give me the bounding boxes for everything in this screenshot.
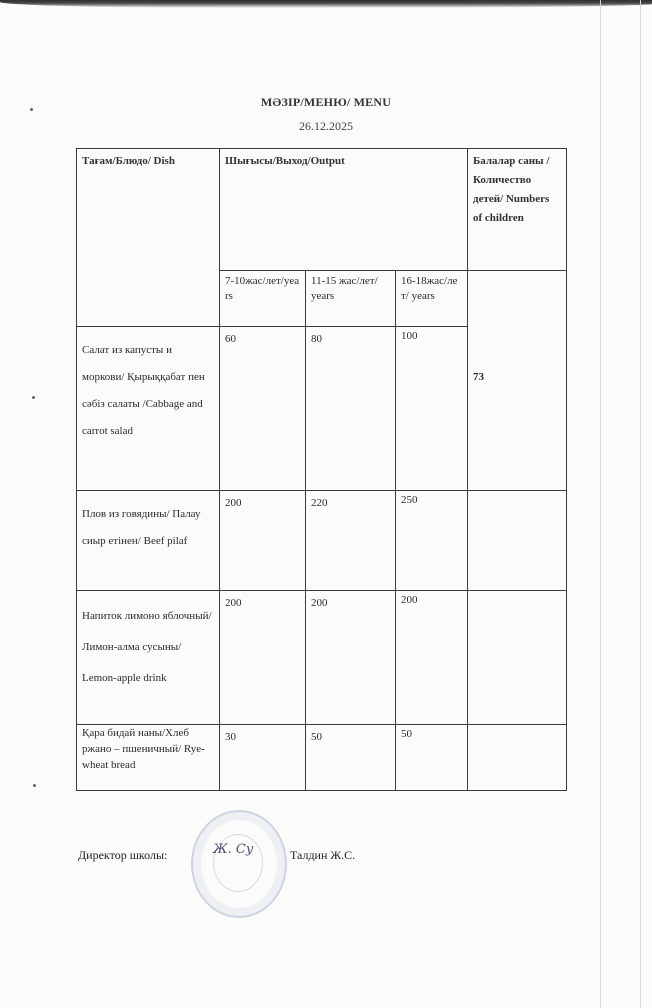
- output-value: 200: [225, 497, 242, 509]
- output-value: 50: [311, 731, 322, 743]
- margin-dot: [33, 784, 36, 787]
- output-value: 200: [225, 597, 242, 609]
- table-row-dish: Салат из капусты и моркови/ Қырыққабат п…: [76, 326, 220, 491]
- scan-edge-line: [600, 0, 601, 1008]
- output-value: 60: [225, 333, 236, 345]
- output-value: 30: [225, 731, 236, 743]
- header-children: Балалар саны /Количество детей/ Numbers …: [467, 148, 567, 271]
- age-group-header: 7-10жас/лет/years: [219, 270, 306, 327]
- age-group-label: 7-10жас/лет/years: [225, 275, 299, 302]
- age-group-label: 16-18жас/лет/ years: [401, 275, 457, 302]
- director-name: Талдин Ж.С.: [290, 848, 355, 863]
- children-empty-cell: [467, 724, 567, 791]
- signature-icon: Ж. Су: [213, 842, 253, 857]
- header-output-label: Шығысы/Выход/Output: [225, 155, 345, 167]
- header-dish: Тағам/Блюдо/ Dish: [76, 148, 220, 327]
- scan-shadow-top: [0, 0, 652, 8]
- output-value: 250: [401, 494, 418, 506]
- age-group-header: 16-18жас/лет/ years: [395, 270, 468, 327]
- output-cell: 220: [305, 490, 396, 591]
- children-count-cell: 73: [467, 270, 567, 491]
- output-cell: 200: [219, 590, 306, 725]
- children-empty-cell: [467, 590, 567, 725]
- output-cell: 200: [395, 590, 468, 725]
- table-row-dish: Плов из говядины/ Палау сиыр етінен/ Bee…: [76, 490, 220, 591]
- age-group-label: 11-15 жас/лет/ years: [311, 275, 378, 302]
- output-value: 80: [311, 333, 322, 345]
- dish-name: Қара бидай наны/Хлеб ржано – пшеничный/ …: [82, 727, 205, 771]
- document-title: МӘЗІР/МЕНЮ/ MENU: [0, 95, 652, 110]
- output-cell: 80: [305, 326, 396, 491]
- children-count: 73: [473, 370, 484, 385]
- header-output: Шығысы/Выход/Output: [219, 148, 468, 271]
- output-cell: 50: [395, 724, 468, 791]
- dish-name: Салат из капусты и моркови/ Қырыққабат п…: [82, 344, 205, 437]
- output-cell: 50: [305, 724, 396, 791]
- school-stamp-icon: [191, 810, 287, 918]
- dish-name: Плов из говядины/ Палау сиыр етінен/ Bee…: [82, 508, 201, 547]
- margin-dot: [32, 396, 35, 399]
- dish-name: Напиток лимоно яблочный/ Лимон-алма сусы…: [82, 610, 212, 684]
- output-value: 200: [311, 597, 328, 609]
- director-label: Директор школы:: [78, 848, 167, 863]
- output-cell: 100: [395, 326, 468, 491]
- output-cell: 250: [395, 490, 468, 591]
- output-cell: 60: [219, 326, 306, 491]
- age-group-header: 11-15 жас/лет/ years: [305, 270, 396, 327]
- header-children-label: Балалар саны /Количество детей/ Numbers …: [473, 155, 549, 224]
- document-date: 26.12.2025: [0, 119, 652, 134]
- table-row-dish: Напиток лимоно яблочный/ Лимон-алма сусы…: [76, 590, 220, 725]
- header-dish-label: Тағам/Блюдо/ Dish: [82, 155, 175, 167]
- output-value: 200: [401, 594, 418, 606]
- output-cell: 200: [219, 490, 306, 591]
- output-cell: 30: [219, 724, 306, 791]
- output-cell: 200: [305, 590, 396, 725]
- scan-edge-line: [640, 0, 641, 1008]
- children-empty-cell: [467, 490, 567, 591]
- output-value: 100: [401, 330, 418, 342]
- table-row-dish: Қара бидай наны/Хлеб ржано – пшеничный/ …: [76, 724, 220, 791]
- output-value: 50: [401, 728, 412, 740]
- output-value: 220: [311, 497, 328, 509]
